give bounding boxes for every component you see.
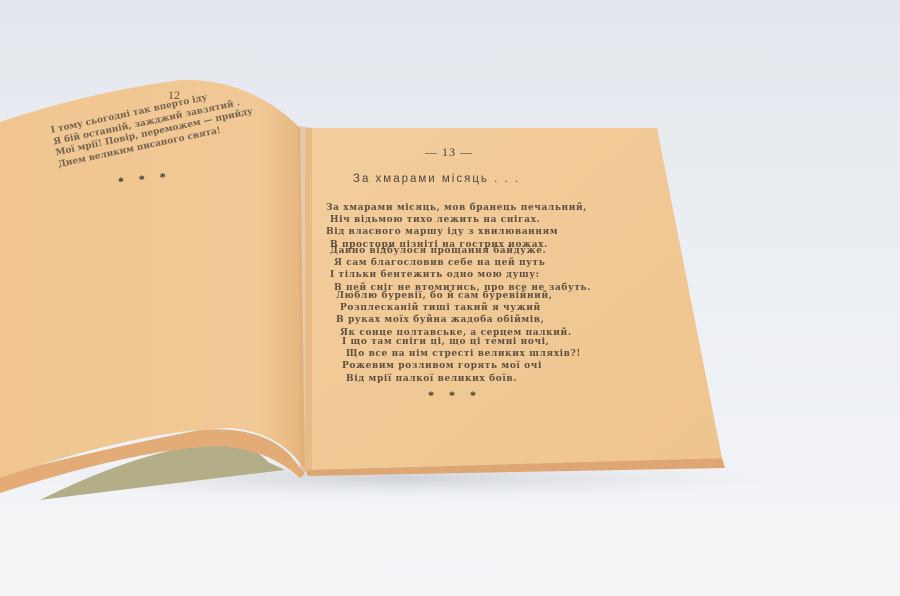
- left-ornament: * * *: [117, 169, 172, 190]
- stanza-2: Давно відбулося прощання байдуже. Я сам …: [330, 245, 591, 294]
- right-page-number: — 13 —: [425, 145, 473, 160]
- poem-line: В руках моїх буйна жадоба обіймів,: [336, 314, 572, 326]
- stanza-4: І що там сніги ці, що ці темні ночі, Що …: [342, 336, 581, 385]
- poem-line: Від власного маршу іду з хвилюванням: [326, 226, 587, 238]
- photo-scene: 12 І тому сьогодні так вперто іду Я бій …: [0, 0, 900, 596]
- poem-line: Я сам благословив себе на цей путь: [330, 257, 591, 269]
- page-text-layer: 12 І тому сьогодні так вперто іду Я бій …: [0, 0, 900, 596]
- poem-line: Розплесканій тиші такий я чужий: [336, 302, 572, 314]
- stanza-1: За хмарами місяць, мов бранець печальний…: [326, 202, 587, 251]
- poem-line: Від мрії палкої великих боїв.: [342, 373, 581, 385]
- poem-line: Люблю буревії, бо й сам буревійний,: [336, 290, 572, 302]
- poem-line: І що там сніги ці, що ці темні ночі,: [342, 336, 581, 348]
- poem-line: Що все на нім стресті великих шляхів?!: [342, 348, 581, 360]
- right-ornament: * * *: [428, 388, 482, 403]
- poem-line: Рожевим розливом горять мої очі: [342, 360, 581, 372]
- left-page-stanza: І тому сьогодні так вперто іду Я бій ост…: [50, 84, 256, 171]
- poem-line: За хмарами місяць, мов бранець печальний…: [326, 202, 587, 214]
- poem-line: Давно відбулося прощання байдуже.: [330, 245, 591, 257]
- poem-title: За хмарами місяць . . .: [353, 173, 520, 185]
- poem-line: Ніч відьмою тихо лежить на снігах.: [326, 214, 587, 226]
- poem-line: І тільки бентежить одно мою душу:: [330, 269, 591, 281]
- stanza-3: Люблю буревії, бо й сам буревійний, Розп…: [336, 290, 572, 339]
